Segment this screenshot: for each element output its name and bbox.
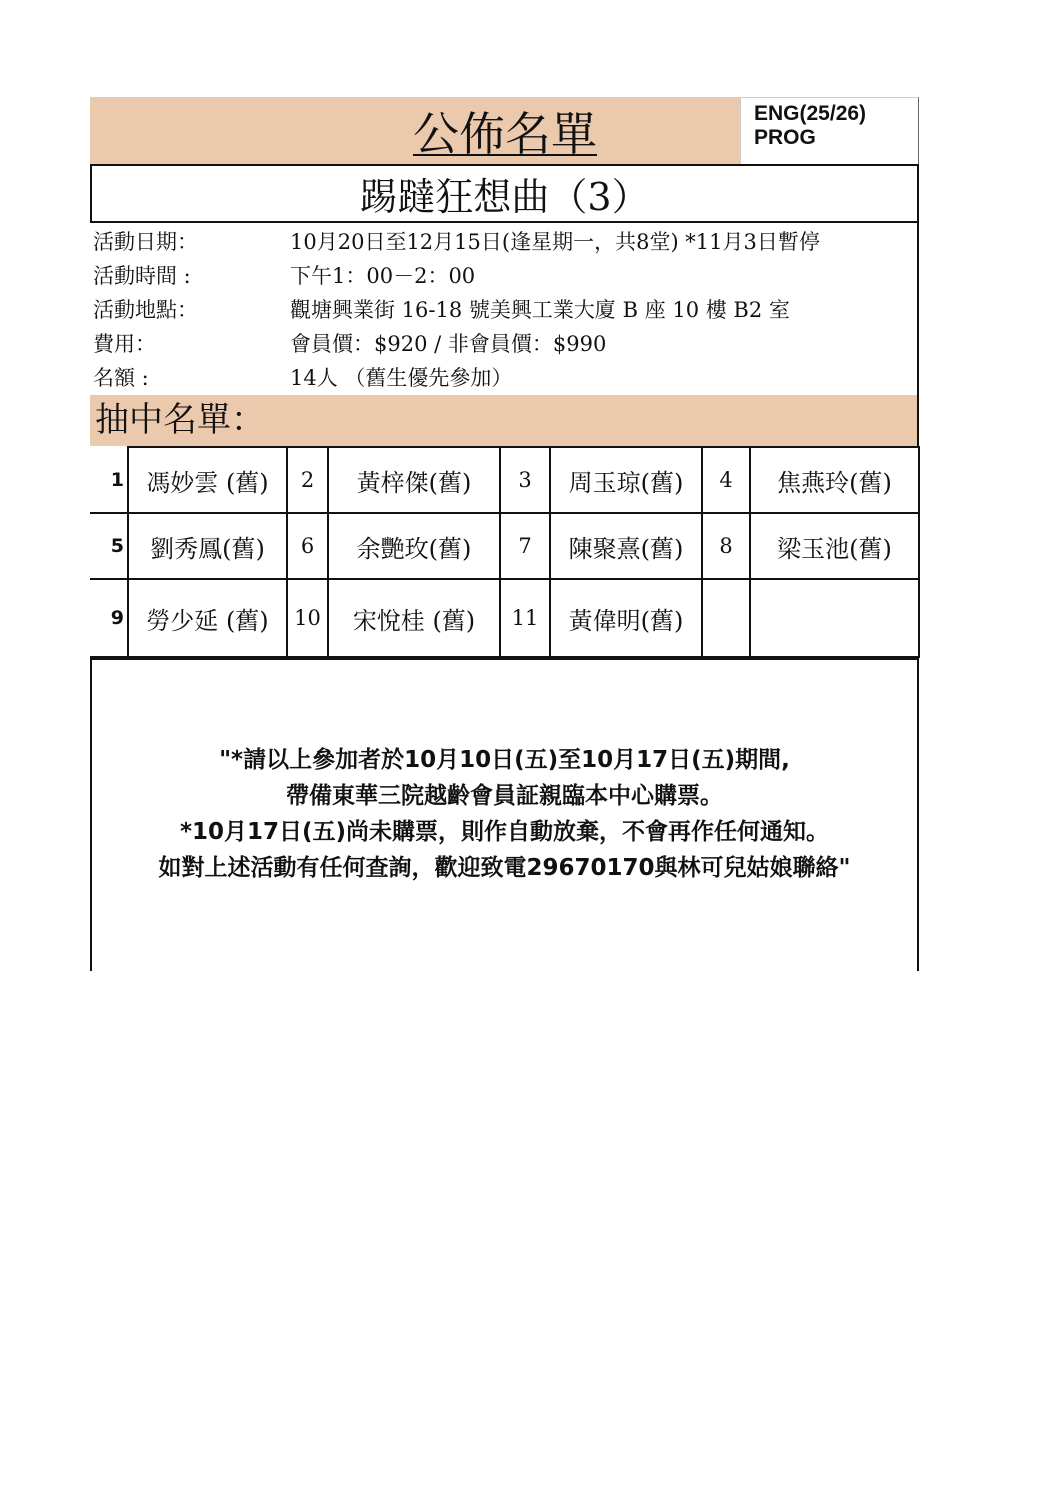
info-value: 10月20日至12月15日(逢星期一，共8堂) *11月3日暫停 bbox=[290, 225, 820, 259]
info-value: 會員價：$920 / 非會員價：$990 bbox=[290, 327, 606, 361]
selected-names-table: 1 馮妙雲 (舊) 2 黃梓傑(舊) 3 周玉琼(舊) 4 焦燕玲(舊) 5 劉… bbox=[90, 446, 920, 658]
table-row: 1 馮妙雲 (舊) 2 黃梓傑(舊) 3 周玉琼(舊) 4 焦燕玲(舊) bbox=[90, 447, 919, 513]
info-label: 活動時間 : bbox=[93, 259, 191, 293]
notice-line: 帶備東華三院越齡會員証親臨本中心購票。 bbox=[92, 778, 917, 814]
info-value: 觀塘興業街 16-18 號美興工業大廈 B 座 10 樓 B2 室 bbox=[290, 293, 790, 327]
notice-box: "*請以上參加者於10月10日(五)至10月17日(五)期間, 帶備東華三院越齡… bbox=[90, 658, 919, 971]
info-value: 14人 （舊生優先參加） bbox=[290, 361, 512, 395]
entry-number: 1 bbox=[90, 447, 128, 513]
entry-number: 6 bbox=[287, 513, 328, 579]
entry-number: 3 bbox=[500, 447, 550, 513]
entry-name: 梁玉池(舊) bbox=[750, 513, 919, 579]
entry-number: 8 bbox=[702, 513, 750, 579]
notice-line: "*請以上參加者於10月10日(五)至10月17日(五)期間, bbox=[92, 742, 917, 778]
notice-line: 如對上述活動有任何查詢，歡迎致電29670170與林可兒姑娘聯絡" bbox=[92, 850, 917, 886]
entry-name: 宋悅桂 (舊) bbox=[328, 579, 500, 657]
program-code: ENG(25/26) PROG bbox=[740, 97, 919, 164]
entry-number: 2 bbox=[287, 447, 328, 513]
info-label: 費用： bbox=[93, 327, 156, 361]
entry-number: 9 bbox=[90, 579, 128, 657]
info-label: 活動地點： bbox=[93, 293, 198, 327]
activity-title: 踢躂狂想曲（3） bbox=[90, 164, 919, 223]
info-label: 活動日期： bbox=[93, 225, 198, 259]
entry-number: 11 bbox=[500, 579, 550, 657]
entry-name: 陳聚熹(舊) bbox=[550, 513, 702, 579]
table-row: 5 劉秀鳳(舊) 6 余艷玫(舊) 7 陳聚熹(舊) 8 梁玉池(舊) bbox=[90, 513, 919, 579]
selected-list-heading: 抽中名單： bbox=[90, 395, 919, 446]
entry-number: 7 bbox=[500, 513, 550, 579]
entry-name bbox=[750, 579, 919, 657]
notice-line: *10月17日(五)尚未購票，則作自動放棄，不會再作任何通知。 bbox=[92, 814, 917, 850]
entry-name: 勞少延 (舊) bbox=[128, 579, 287, 657]
info-value: 下午1：00－2：00 bbox=[290, 259, 475, 293]
notice-text: "*請以上參加者於10月10日(五)至10月17日(五)期間, 帶備東華三院越齡… bbox=[92, 742, 917, 886]
entry-number: 4 bbox=[702, 447, 750, 513]
program-code-line2: PROG bbox=[754, 126, 918, 150]
entry-name: 黃偉明(舊) bbox=[550, 579, 702, 657]
entry-name: 余艷玫(舊) bbox=[328, 513, 500, 579]
entry-name: 黃梓傑(舊) bbox=[328, 447, 500, 513]
table-row: 9 勞少延 (舊) 10 宋悅桂 (舊) 11 黃偉明(舊) bbox=[90, 579, 919, 657]
entry-number: 10 bbox=[287, 579, 328, 657]
entry-name: 馮妙雲 (舊) bbox=[128, 447, 287, 513]
entry-name: 劉秀鳳(舊) bbox=[128, 513, 287, 579]
info-label: 名額 : bbox=[93, 361, 149, 395]
program-code-line1: ENG(25/26) bbox=[754, 102, 918, 126]
activity-info: 活動日期： 10月20日至12月15日(逢星期一，共8堂) *11月3日暫停 活… bbox=[90, 223, 919, 395]
entry-name: 周玉琼(舊) bbox=[550, 447, 702, 513]
entry-number: 5 bbox=[90, 513, 128, 579]
entry-number bbox=[702, 579, 750, 657]
entry-name: 焦燕玲(舊) bbox=[750, 447, 919, 513]
